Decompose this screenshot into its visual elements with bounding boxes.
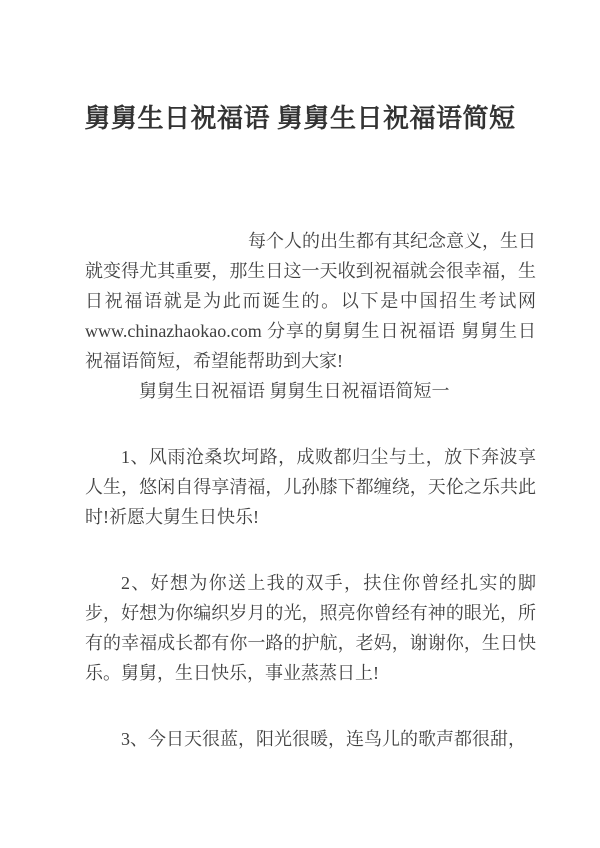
- section-subtitle: 舅舅生日祝福语 舅舅生日祝福语简短一: [85, 376, 536, 406]
- wish-item-1: 1、风雨沧桑坎坷路，成败都归尘与土，放下奔波享人生，悠闲自得享清福，儿孙膝下都缠…: [85, 442, 536, 532]
- page-title: 舅舅生日祝福语 舅舅生日祝福语简短: [0, 102, 600, 136]
- document-page: 舅舅生日祝福语 舅舅生日祝福语简短 每个人的出生都有其纪念意义，生日就变得尤其重…: [0, 0, 600, 848]
- document-body: 每个人的出生都有其纪念意义，生日就变得尤其重要，那生日这一天收到祝福就会很幸福，…: [0, 226, 600, 754]
- wish-item-2: 2、好想为你送上我的双手，扶住你曾经扎实的脚步，好想为你编织岁月的光，照亮你曾经…: [85, 568, 536, 688]
- wish-item-3: 3、今日天很蓝，阳光很暖，连鸟儿的歌声都很甜，: [85, 724, 536, 754]
- intro-paragraph: 每个人的出生都有其纪念意义，生日就变得尤其重要，那生日这一天收到祝福就会很幸福，…: [85, 226, 536, 376]
